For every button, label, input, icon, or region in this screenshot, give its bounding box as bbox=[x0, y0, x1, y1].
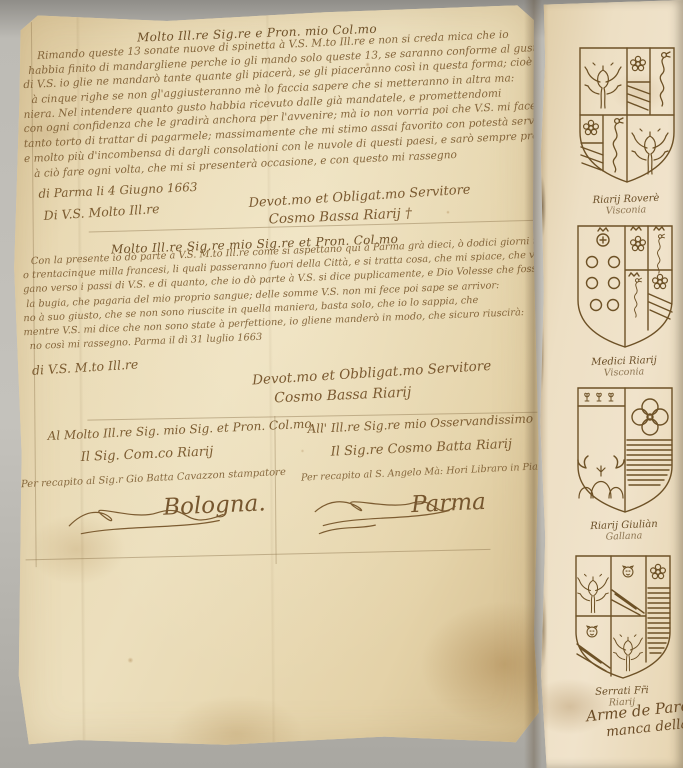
ruled-line bbox=[26, 549, 491, 561]
letter2-signature-title: Devot.mo et Obbligat.mo Servitore bbox=[252, 358, 492, 389]
coat-of-arms-riario-gallana-icon bbox=[568, 380, 680, 516]
manuscript-scan: Molto Ill.re Sig.re e Pron. mio Col.mo R… bbox=[0, 0, 683, 768]
armorial-right-page: Riarij Roverè Visconia bbox=[538, 0, 683, 768]
address-left-city: Bologna. bbox=[163, 490, 267, 520]
coat-of-arms-serrati-riario-icon bbox=[566, 550, 678, 682]
letter2-valediction: di V.S. M.to Ill.re bbox=[32, 356, 139, 377]
shield-block: Medici Riarij Visconia bbox=[568, 220, 680, 378]
letter2-signature-name: Cosmo Bassa Riarij bbox=[274, 384, 412, 406]
letter1-valediction: Di V.S. Molto Ill.re bbox=[43, 201, 160, 223]
manuscript-left-page: Molto Ill.re Sig.re e Pron. mio Col.mo R… bbox=[9, 4, 542, 751]
address-right-line2: Il Sig.re Cosmo Batta Riarij bbox=[330, 437, 512, 460]
coat-of-arms-medici-riario-visconti-icon bbox=[568, 220, 680, 352]
letter2-body: Con la presente io dò parte à V.S. M.to … bbox=[23, 251, 568, 355]
address-right-city: Parma bbox=[411, 489, 487, 518]
letter1-dateline: di Parma li 4 Giugno 1663 bbox=[38, 180, 198, 201]
shield-block: Riarij Giuliàn Gallana bbox=[568, 380, 680, 542]
address-divider-line bbox=[274, 416, 276, 564]
letter1-body: Rimando queste 13 sonate nuove di spinet… bbox=[23, 46, 557, 183]
binding-gutter bbox=[524, 0, 542, 768]
shield-block: Riarij Roverè Visconia bbox=[570, 40, 682, 216]
shield-block: Serrati Fr̃i Riarij bbox=[566, 550, 678, 708]
coat-of-arms-rovere-visconti-icon bbox=[570, 40, 682, 190]
address-left-line2: Il Sig. Com.co Riarij bbox=[80, 444, 213, 465]
